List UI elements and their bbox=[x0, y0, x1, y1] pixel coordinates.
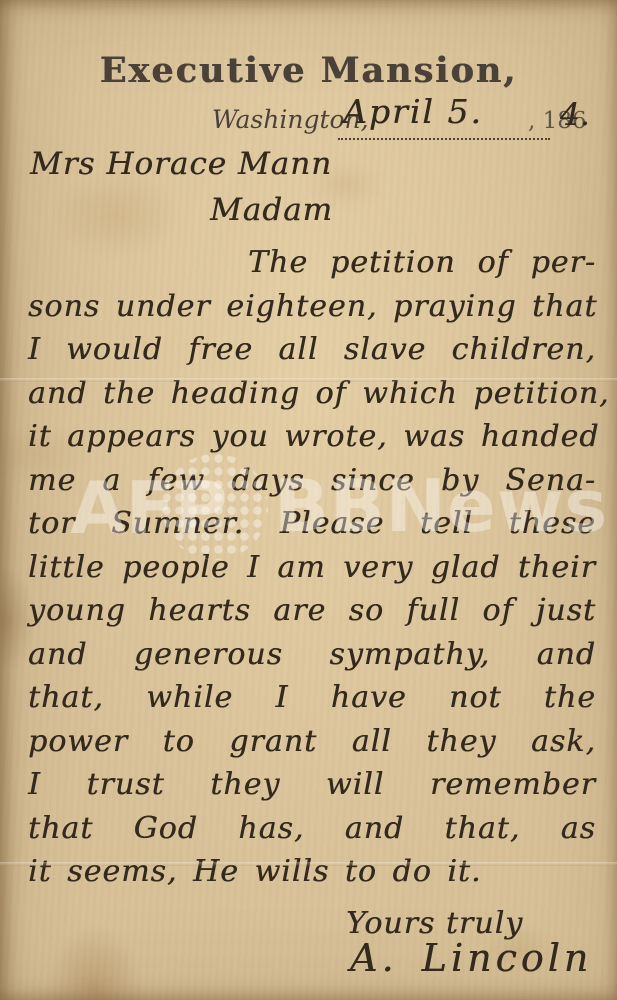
body-line: it appears you wrote, was handed bbox=[28, 415, 596, 459]
body-line: that, while I have not the bbox=[28, 676, 596, 720]
body-line: and generous sympathy, and bbox=[28, 633, 596, 677]
letterhead-title: Executive Mansion, bbox=[0, 50, 617, 91]
body-line: I would free all slave children, bbox=[28, 328, 596, 372]
salutation-line: Madam bbox=[210, 192, 333, 228]
recipient-line: Mrs Horace Mann bbox=[30, 146, 332, 182]
body-line: young hearts are so full of just bbox=[28, 589, 596, 633]
body-line: sons under eighteen, praying that bbox=[28, 285, 596, 329]
body-line: and the heading of which petition, bbox=[28, 372, 596, 416]
body-line: I trust they will remember bbox=[28, 763, 596, 807]
letter-photo: Executive Mansion, Washington, April 5. … bbox=[0, 0, 617, 1000]
body-line: The petition of per- bbox=[28, 241, 596, 285]
body-line: it seems, He wills to do it. bbox=[28, 850, 596, 894]
body-line: me a few days since by Sena- bbox=[28, 459, 596, 503]
handwritten-date: April 5. bbox=[343, 92, 483, 131]
body-line: little people I am very glad their bbox=[28, 546, 596, 590]
handwritten-year-digit: 4. bbox=[560, 97, 590, 133]
body-line: that God has, and that, as bbox=[28, 807, 596, 851]
signature: A. Lincoln bbox=[350, 936, 592, 980]
body-line: tor Sumner. Please tell these bbox=[28, 502, 596, 546]
letter-body: The petition of per- sons under eighteen… bbox=[28, 241, 596, 894]
body-line: power to grant all they ask, bbox=[28, 720, 596, 764]
